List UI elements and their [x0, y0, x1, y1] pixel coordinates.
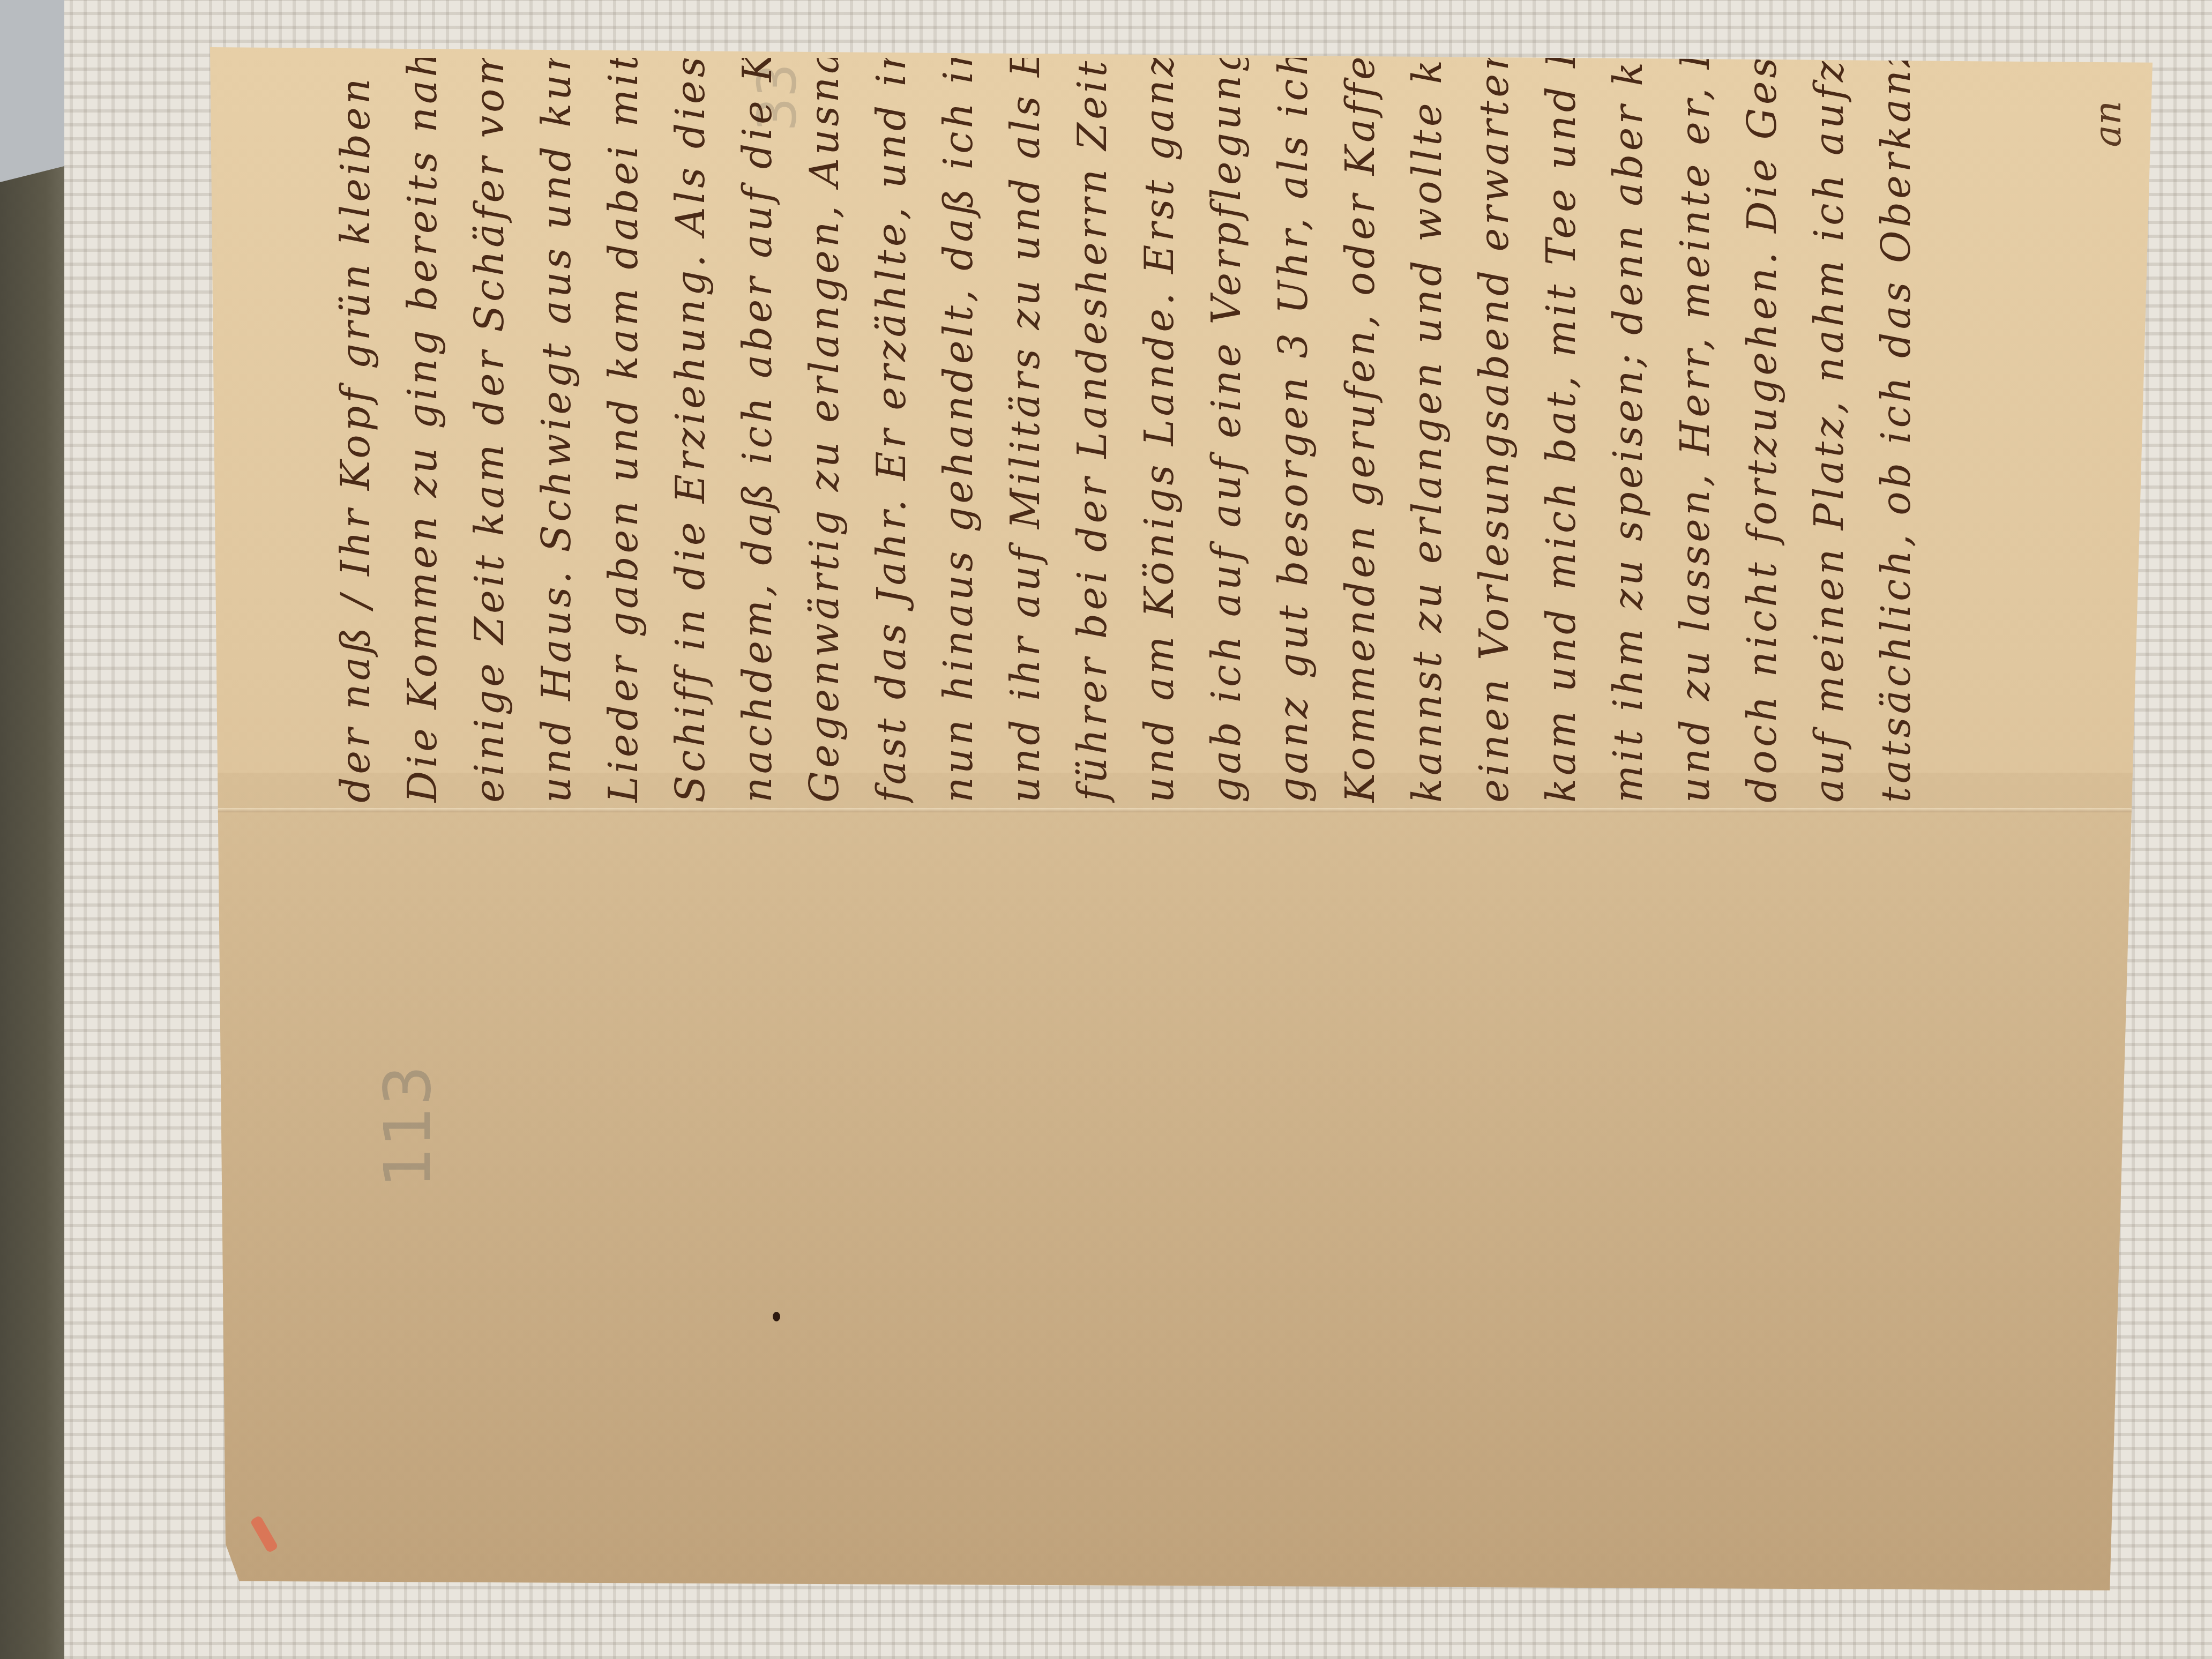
handwritten-line: führer bei der Landesherrn Zeit: [1059, 58, 1126, 803]
handwritten-line: gab ich auf auf eine Verpflegung und sel…: [1193, 58, 1260, 803]
handwritten-text-block: der naß / Ihr Kopf grün kleiben würde. D…: [323, 58, 2091, 803]
catchword: an: [2086, 101, 2129, 147]
fold-line: [210, 808, 2153, 812]
handwritten-line: Kommenden gerufen, oder Kaffee oder sons…: [1327, 58, 1394, 803]
handwritten-line: nun hinaus gehandelt, daß ich in die: [925, 58, 992, 803]
archive-number: 113: [371, 1065, 445, 1188]
handwritten-line: auf meinen Platz, nahm ich aufzugeben,: [1796, 58, 1863, 803]
handwritten-line: der naß / Ihr Kopf grün kleiben würde.: [323, 58, 390, 803]
handwritten-line: einen Vorlesungsabend erwarten, als der …: [1461, 58, 1528, 803]
handwritten-line: Die Kommen zu ging bereits nahe und auf: [390, 58, 457, 803]
handwritten-line: und ihr auf Militärs zu und als Eh,: [992, 58, 1059, 803]
handwritten-line: tatsächlich, ob ich das Oberkanzleirats …: [1863, 58, 1930, 803]
handwritten-line: Gegenwärtig zu erlangen, Ausnahme: [791, 58, 858, 803]
red-pencil-mark: [250, 1515, 279, 1553]
dark-background-strip: [0, 0, 64, 1659]
printed-pamphlet-edge: [0, 0, 64, 182]
handwritten-line: und zu lassen, Herr, meinte er, Leute ic…: [1662, 58, 1729, 803]
handwritten-line: und Haus. Schwiegt aus und kund und: [524, 58, 591, 803]
handwritten-line: und am Königs Lande. Erst ganz be,: [1126, 58, 1193, 803]
handwritten-line: ganz gut besorgen 3 Uhr, als ich mich zu…: [1260, 58, 1327, 803]
handwritten-line: kannst zu erlangen und wollte kaum: [1394, 58, 1461, 803]
handwritten-line: einige Zeit kam der Schäfer vom Felde: [457, 58, 524, 803]
handwritten-line: mit ihm zu speisen; denn aber kaum Vor,: [1595, 58, 1662, 803]
manuscript-page: 33 113 der naß / Ihr Kopf grün kleiben w…: [210, 47, 2153, 1590]
handwritten-line: doch nicht fortzugehen. Die Gesellschaft: [1729, 58, 1796, 803]
handwritten-line: fast das Jahr. Er erzählte, und in: [858, 58, 925, 803]
handwritten-line: Lieder gaben und kam dabei mit dem: [591, 58, 657, 803]
handwritten-line: Schiff in die Erziehung. Als dieser war,: [657, 58, 724, 803]
handwritten-line: nachdem, daß ich aber auf die Kirchen Er…: [724, 58, 791, 803]
ink-spot: [773, 1312, 780, 1321]
handwritten-line: kam und mich bat, mit Tee und Kaffee: [1528, 58, 1595, 803]
